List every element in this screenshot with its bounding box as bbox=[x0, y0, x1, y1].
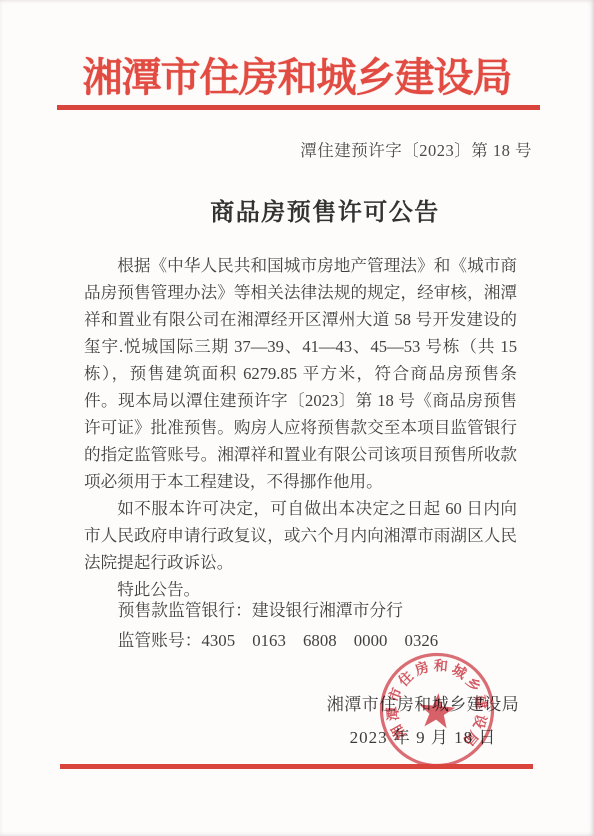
announcement-title: 商品房预售许可公告 bbox=[56, 192, 594, 227]
account-label: 监管账号： bbox=[118, 631, 202, 650]
header-divider bbox=[57, 105, 540, 110]
svg-text:潭: 潭 bbox=[384, 706, 402, 721]
star-icon bbox=[417, 691, 456, 728]
svg-text:市: 市 bbox=[385, 685, 406, 704]
footer-divider bbox=[60, 764, 533, 769]
supervising-account-line: 监管账号：4305 0163 6808 0000 0326 bbox=[84, 626, 544, 656]
svg-text:建: 建 bbox=[471, 694, 490, 711]
supervising-bank-line: 预售款监管银行：建设银行湘潭市分行 bbox=[84, 596, 544, 626]
official-seal: 湘潭市住房和城乡建设局 bbox=[372, 645, 502, 775]
body-paragraph-2: 如不服本许可决定，可自做出本决定之日起 60 日内向市人民政府申请行政复议，或六… bbox=[84, 495, 517, 576]
svg-text:房: 房 bbox=[412, 658, 432, 679]
svg-text:设: 设 bbox=[469, 712, 489, 730]
document-page: 湘潭市住房和城乡建设局 潭住建预许字〔2023〕第 18 号 商品房预售许可公告… bbox=[0, 0, 594, 836]
escrow-bank-info: 预售款监管银行：建设银行湘潭市分行 监管账号：4305 0163 6808 00… bbox=[84, 596, 544, 656]
svg-text:和: 和 bbox=[433, 657, 448, 675]
document-number: 潭住建预许字〔2023〕第 18 号 bbox=[300, 137, 532, 161]
announcement-body: 根据《中华人民共和国城市房地产管理法》和《城市商品房预售管理办法》等相关法律法规… bbox=[84, 252, 517, 603]
body-paragraph-1: 根据《中华人民共和国城市房地产管理法》和《城市商品房预售管理办法》等相关法律法规… bbox=[84, 252, 517, 495]
agency-header-title: 湘潭市住房和城乡建设局 bbox=[0, 46, 594, 103]
